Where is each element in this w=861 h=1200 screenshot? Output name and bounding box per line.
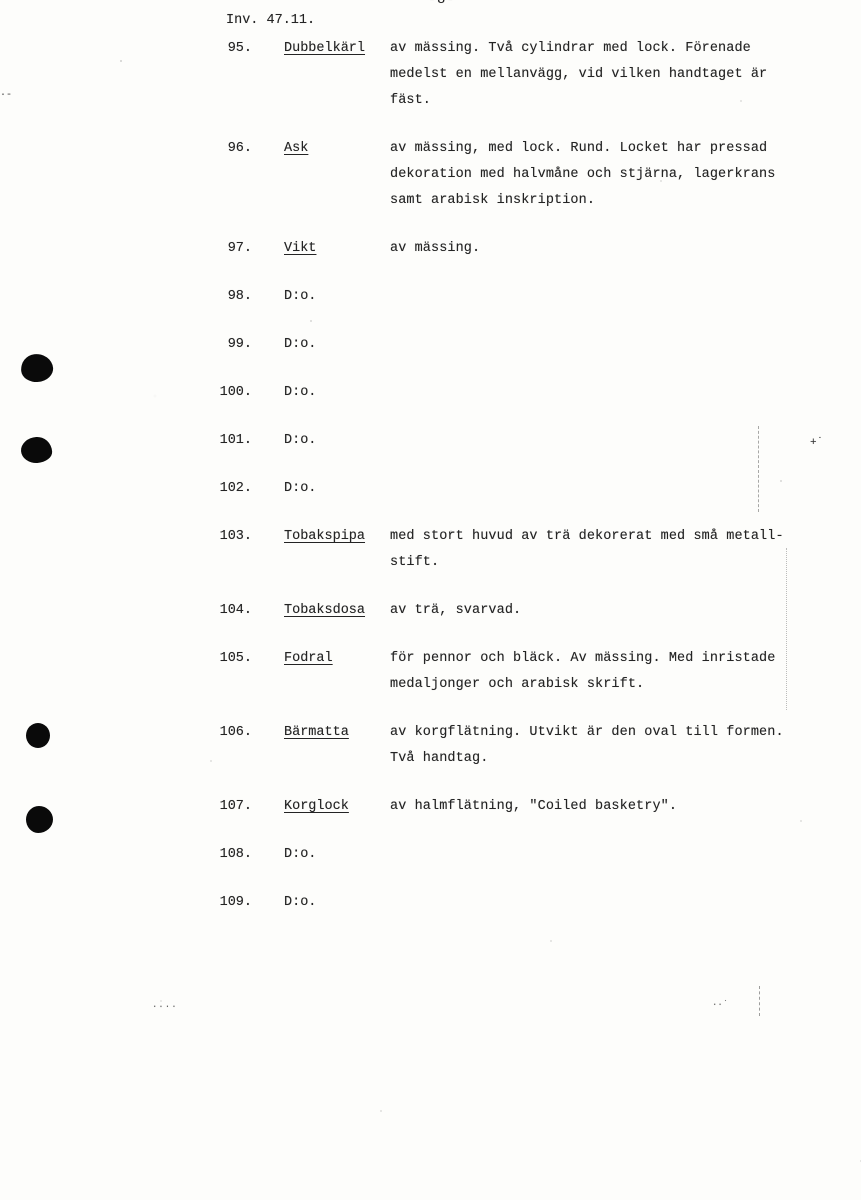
inventory-entry: 106.Bärmattaav korgflätning. Utvikt är d…: [0, 720, 820, 772]
entry-number: 96.: [0, 136, 252, 214]
entry-number: 103.: [0, 524, 252, 576]
entry-object-name: Korglock: [284, 799, 349, 814]
scan-artifact-dashed-line: [758, 426, 759, 512]
entry-object-name: D:o.: [284, 433, 316, 448]
inventory-entry: 103.Tobakspipamed stort huvud av trä dek…: [0, 524, 820, 576]
entry-object-name: D:o.: [284, 337, 316, 352]
scan-artifact-smudge: ··˙: [712, 1000, 728, 1010]
inventory-entry: 102.D:o.: [0, 476, 820, 502]
inventory-entry: 107.Korglockav halmflätning, "Coiled bas…: [0, 794, 820, 820]
entry-description: [390, 890, 820, 916]
entry-description: av korgflätning. Utvikt är den oval till…: [390, 720, 820, 772]
page-number: -8-: [428, 0, 455, 8]
entry-object-name: D:o.: [284, 895, 316, 910]
scan-artifact-dashed-line: [759, 986, 760, 1016]
inventory-entry: 105.Fodralför pennor och bläck. Av mässi…: [0, 646, 820, 698]
inventory-entry: 99.D:o.: [0, 332, 820, 358]
entry-object-name: D:o.: [284, 385, 316, 400]
entry-number: 109.: [0, 890, 252, 916]
inventory-entry: 109.D:o.: [0, 890, 820, 916]
inventory-entry: 97.Viktav mässing.: [0, 236, 820, 262]
entry-number: 100.: [0, 380, 252, 406]
entry-number: 97.: [0, 236, 252, 262]
scan-artifact-edge-mark: ·-: [0, 90, 12, 101]
entry-object-name: Ask: [284, 141, 308, 156]
entry-description: av halmflätning, "Coiled basketry".: [390, 794, 820, 820]
entry-description: [390, 284, 820, 310]
entry-object-name: D:o.: [284, 289, 316, 304]
ink-blob-mark: [26, 723, 50, 748]
entry-number: 102.: [0, 476, 252, 502]
entry-object-name: Vikt: [284, 241, 316, 256]
entry-description: [390, 428, 820, 454]
entry-description: av trä, svarvad.: [390, 598, 820, 624]
inventory-entry-list: 95.Dubbelkärlav mässing. Två cylindrar m…: [0, 36, 820, 938]
inventory-entry: 100.D:o.: [0, 380, 820, 406]
entry-object-name: Tobakspipa: [284, 529, 365, 544]
inventory-entry: 98.D:o.: [0, 284, 820, 310]
entry-number: 105.: [0, 646, 252, 698]
scan-artifact-plus-mark: +˙: [810, 437, 823, 449]
scan-artifact-dotted-line: [786, 548, 787, 710]
entry-object-name: D:o.: [284, 481, 316, 496]
entry-description: [390, 380, 820, 406]
entry-number: 98.: [0, 284, 252, 310]
entry-number: 108.: [0, 842, 252, 868]
entry-object-name: Bärmatta: [284, 725, 349, 740]
inventory-header: Inv. 47.11.: [226, 8, 315, 34]
entry-object-name: D:o.: [284, 847, 316, 862]
inventory-entry: 95.Dubbelkärlav mässing. Två cylindrar m…: [0, 36, 820, 114]
inventory-entry: 104.Tobaksdosaav trä, svarvad.: [0, 598, 820, 624]
entry-description: med stort huvud av trä dekorerat med små…: [390, 524, 820, 576]
inventory-entry: 101.D:o.: [0, 428, 820, 454]
entry-description: [390, 332, 820, 358]
scanned-document-page: -8- Inv. 47.11. 95.Dubbelkärlav mässing.…: [0, 0, 861, 1200]
entry-object-name: Dubbelkärl: [284, 41, 365, 56]
entry-object-name: Fodral: [284, 651, 333, 666]
scan-speckle: [120, 60, 122, 62]
entry-description: av mässing.: [390, 236, 820, 262]
inventory-entry: 108.D:o.: [0, 842, 820, 868]
entry-description: för pennor och bläck. Av mässing. Med in…: [390, 646, 820, 698]
entry-description: [390, 842, 820, 868]
entry-number: 104.: [0, 598, 252, 624]
inventory-entry: 96.Askav mässing, med lock. Rund. Locket…: [0, 136, 820, 214]
entry-object-name: Tobaksdosa: [284, 603, 365, 618]
entry-description: av mässing. Två cylindrar med lock. Före…: [390, 36, 820, 114]
scan-artifact-smudge: ·∙··: [152, 1002, 178, 1012]
entry-number: 95.: [0, 36, 252, 114]
entry-description: av mässing, med lock. Rund. Locket har p…: [390, 136, 820, 214]
entry-description: [390, 476, 820, 502]
